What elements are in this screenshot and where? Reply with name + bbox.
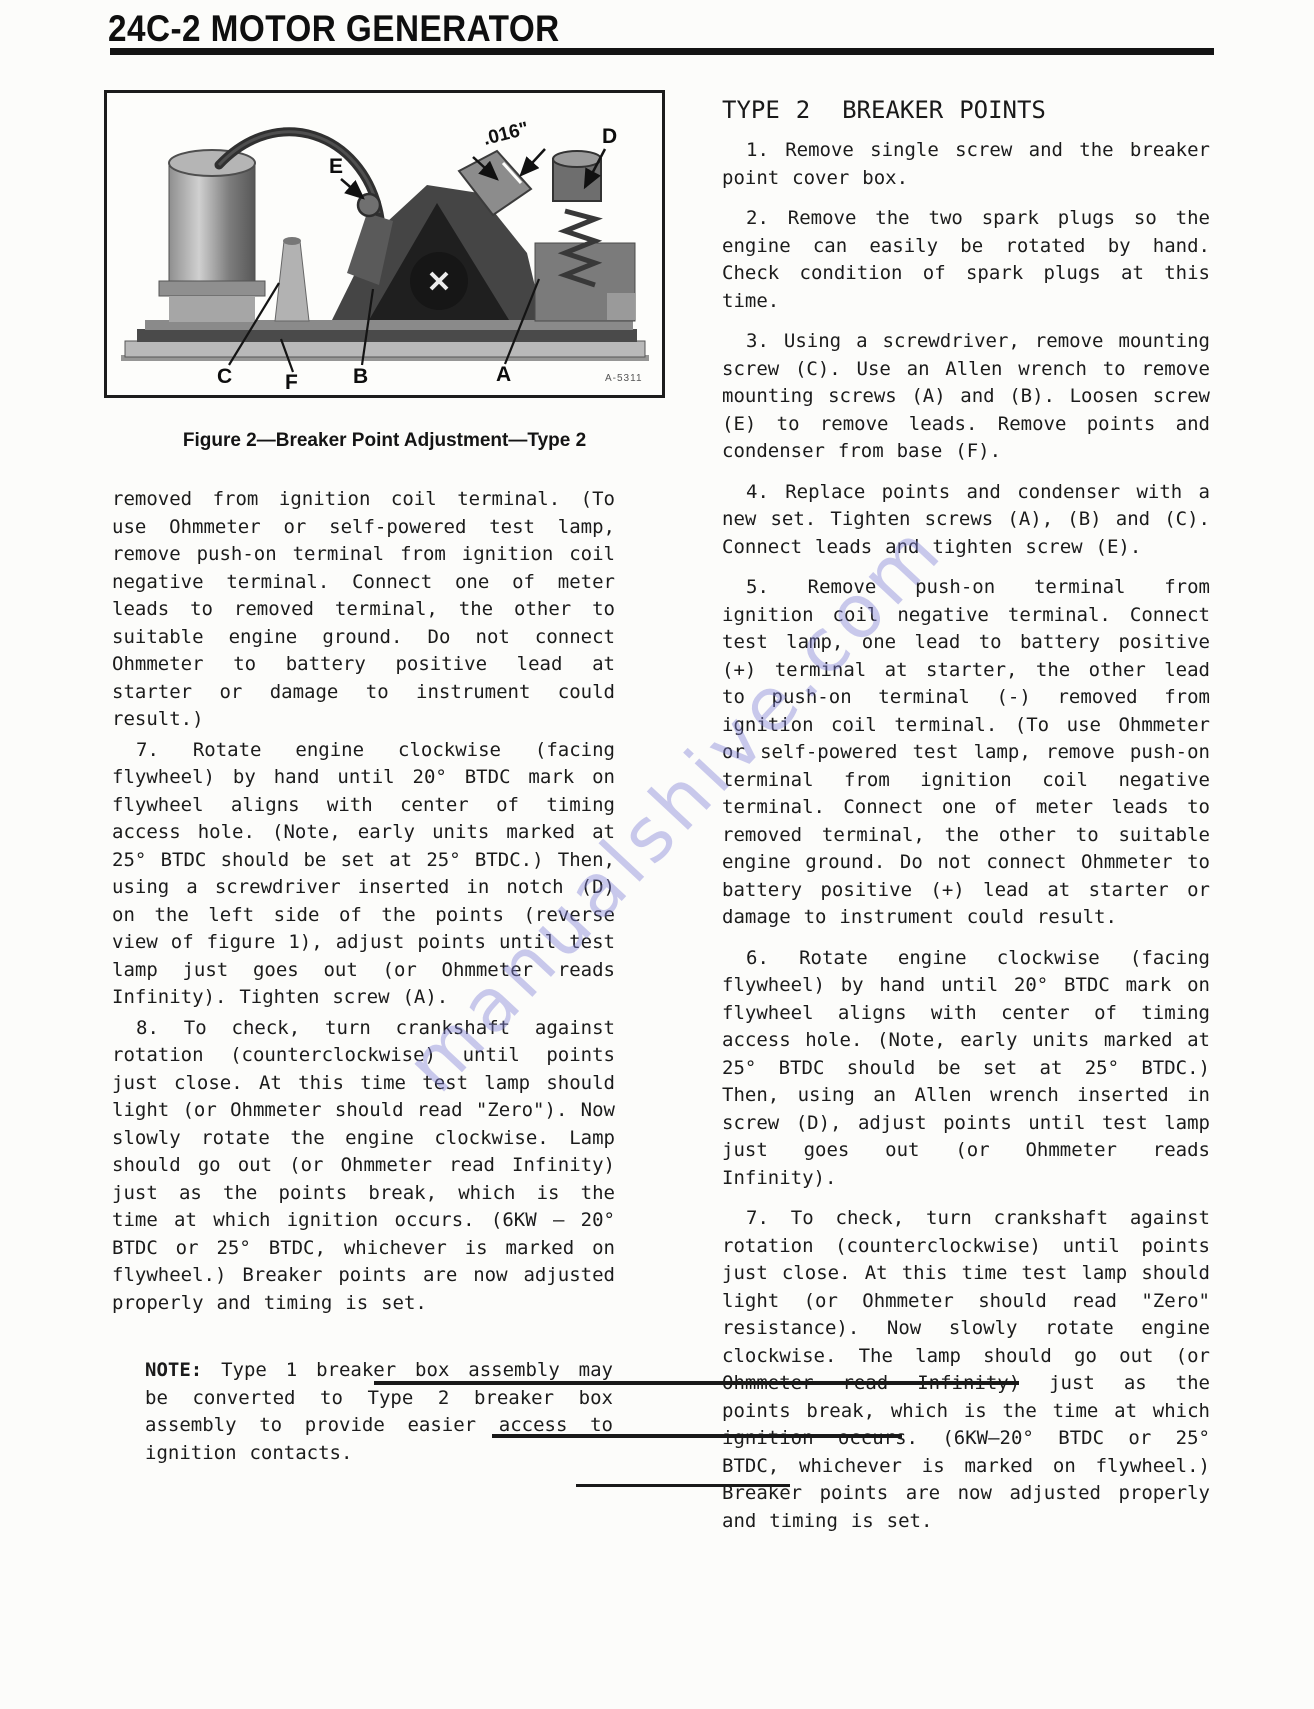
part-label-d: D [602,125,617,148]
gap-dimension-label: .016" [481,118,531,150]
coil-base [169,296,255,322]
right-column: TYPE 2 BREAKER POINTS 1. Remove single s… [722,95,1210,1548]
part-label-f: F [285,371,298,394]
section-heading: TYPE 2 BREAKER POINTS [722,95,1210,125]
coil-cylinder-top [169,150,255,176]
base-plate [125,341,645,357]
step-paragraph-4: 4. Replace points and condenser with a n… [722,479,1210,562]
divider-rule-1 [374,1381,1019,1385]
scanned-manual-page: 24C-2 MOTOR GENERATOR [0,0,1314,1709]
part-label-e: E [329,155,343,178]
step-paragraph-7: 7. Rotate engine clockwise (facing flywh… [112,737,615,1012]
step-paragraph-3: 3. Using a screwdriver, remove mounting … [722,328,1210,466]
base-layer-dark [137,329,637,342]
page-header-title: 24C-2 MOTOR GENERATOR [108,8,560,50]
step-paragraph-7r: 7. To check, turn crankshaft against rot… [722,1205,1210,1535]
gap-arrow-right [521,149,545,175]
body-paragraph: removed from ignition coil terminal. (To… [112,486,615,734]
note-label: NOTE: [145,1359,202,1381]
divider-rule-2 [492,1434,902,1438]
note-paragraph: NOTE: Type 1 breaker box assembly may be… [145,1357,613,1467]
coil-flange [159,281,265,296]
condenser-post-top [283,237,301,245]
step-paragraph-6: 6. Rotate engine clockwise (facing flywh… [722,945,1210,1193]
left-column: removed from ignition coil terminal. (To… [112,486,615,1467]
part-label-b: B [353,365,368,388]
step-paragraph-5: 5. Remove push-on terminal from ignition… [722,574,1210,932]
right-foot [607,293,635,320]
header-rule [110,48,1214,55]
step-paragraph-2: 2. Remove the two spark plugs so the eng… [722,205,1210,315]
terminal-d-top [553,151,601,167]
photo-ref-number: A-5311 [605,373,643,384]
coil-cylinder [169,163,255,285]
divider-rule-3 [576,1484,790,1487]
step-paragraph-8: 8. To check, turn crankshaft against rot… [112,1015,615,1318]
figure-box: E .016" D C F B A A-5311 [104,90,665,398]
figure-photo: E .016" D C F B A A-5311 [107,93,662,395]
step-paragraph-1: 1. Remove single screw and the breaker p… [722,137,1210,192]
figure-caption: Figure 2—Breaker Point Adjustment—Type 2 [104,430,665,452]
note-text: Type 1 breaker box assembly may be conve… [145,1359,613,1464]
part-label-a: A [496,363,511,386]
condenser-post [275,241,309,321]
part-label-c: C [217,365,232,388]
leader-e [341,179,363,198]
